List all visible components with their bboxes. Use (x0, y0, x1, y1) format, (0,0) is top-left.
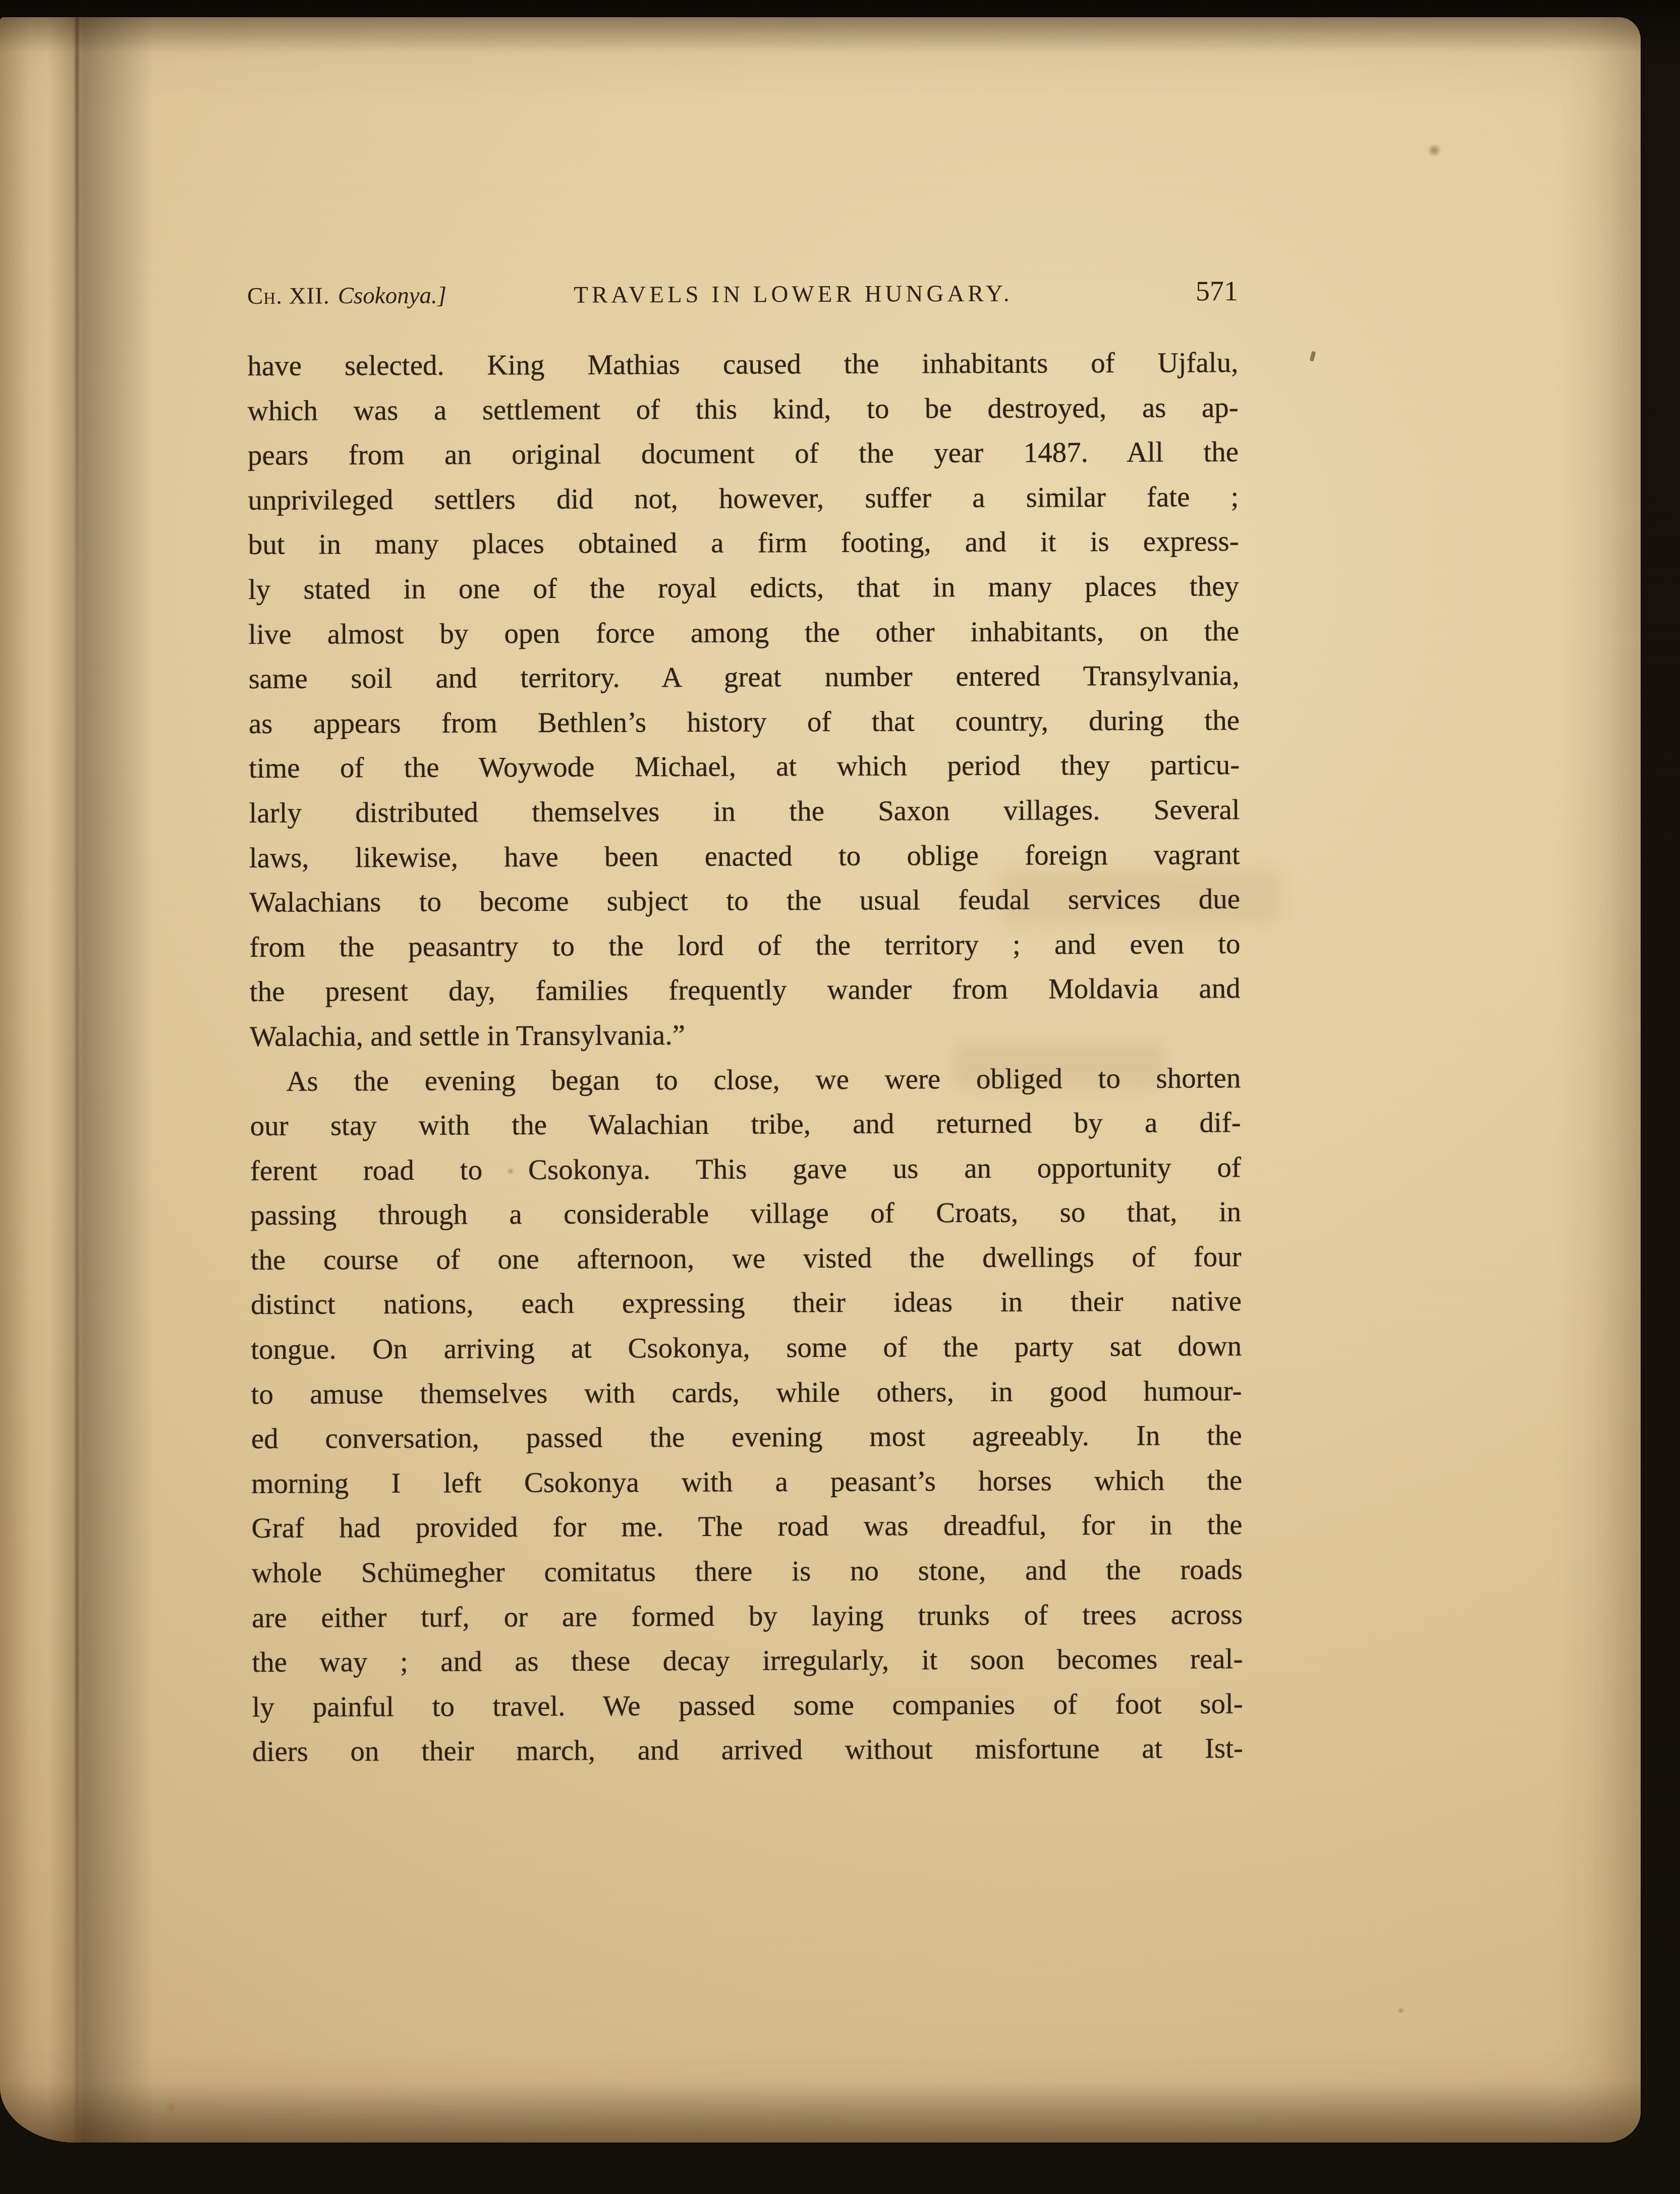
text-line: unprivileged settlers did not, however, … (248, 475, 1239, 523)
text-line: Walachia, and settle in Transylvania.” (250, 1011, 1241, 1059)
text-line: Walachians to become subject to the usua… (249, 877, 1240, 925)
text-line: the way ; and as these decay irregularly… (252, 1637, 1243, 1685)
text-line: ly stated in one of the royal edicts, th… (248, 564, 1239, 612)
text-line: Graf had provided for me. The road was d… (251, 1503, 1242, 1551)
running-head-left: Ch. XII.Csokonya.] (247, 282, 446, 310)
text-line: the present day, families frequently wan… (250, 966, 1241, 1014)
text-line: live almost by open force among the othe… (248, 609, 1239, 657)
page-bottom-shade (0, 2082, 1641, 2143)
text-line: to amuse themselves with cards, while ot… (251, 1369, 1242, 1417)
text-line: time of the Woywode Michael, at which pe… (249, 743, 1240, 791)
book-page: Ch. XII.Csokonya.] TRAVELS IN LOWER HUNG… (0, 17, 1641, 2143)
running-head: Ch. XII.Csokonya.] TRAVELS IN LOWER HUNG… (247, 275, 1238, 311)
text-line: our stay with the Walachian tribe, and r… (250, 1101, 1241, 1148)
text-line: have selected. King Mathias caused the i… (247, 341, 1238, 389)
text-line: whole Schümegher comitatus there is no s… (252, 1548, 1243, 1596)
section-label: Csokonya.] (338, 283, 447, 309)
text-line: tongue. On arriving at Csokonya, some of… (251, 1324, 1242, 1372)
text-line: as appears from Bethlen’s history of tha… (249, 698, 1240, 746)
text-line: the course of one afternoon, we visted t… (250, 1235, 1241, 1283)
text-line: ferent road to Csokonya. This gave us an… (250, 1145, 1241, 1193)
chapter-label: Ch. XII. (247, 283, 330, 309)
text-line: ly painful to travel. We passed some com… (252, 1682, 1243, 1730)
running-title: TRAVELS IN LOWER HUNGARY. (574, 280, 1013, 309)
page-top-shade (0, 17, 1641, 52)
text-line: larly distributed themselves in the Saxo… (249, 788, 1240, 836)
text-line: pears from an original document of the y… (248, 430, 1239, 478)
page-number: 571 (1196, 275, 1238, 307)
foxing-stain (1397, 2007, 1405, 2014)
gutter-crease (75, 17, 79, 2143)
text-line: passing through a considerable village o… (250, 1190, 1241, 1238)
foxing-stain (1427, 144, 1442, 156)
text-line: but in many places obtained a firm footi… (248, 520, 1239, 568)
text-line: laws, likewise, have been enacted to obl… (249, 833, 1240, 881)
text-line: distinct nations, each expressing their … (251, 1280, 1242, 1328)
gutter-shadow (0, 17, 166, 2143)
text-line: which was a settlement of this kind, to … (248, 386, 1239, 433)
scan-artifact (1310, 351, 1316, 361)
text-line: diers on their march, and arrived withou… (252, 1727, 1243, 1775)
text-block: have selected. King Mathias caused the i… (247, 341, 1243, 1775)
text-line: same soil and territory. A great number … (248, 653, 1239, 701)
text-line: are either turf, or are formed by laying… (252, 1593, 1243, 1640)
text-line: As the evening began to close, we were o… (250, 1056, 1241, 1104)
text-line: ed conversation, passed the evening most… (251, 1413, 1242, 1461)
text-line: from the peasantry to the lord of the te… (249, 922, 1240, 970)
text-line: morning I left Csokonya with a peasant’s… (251, 1458, 1242, 1506)
